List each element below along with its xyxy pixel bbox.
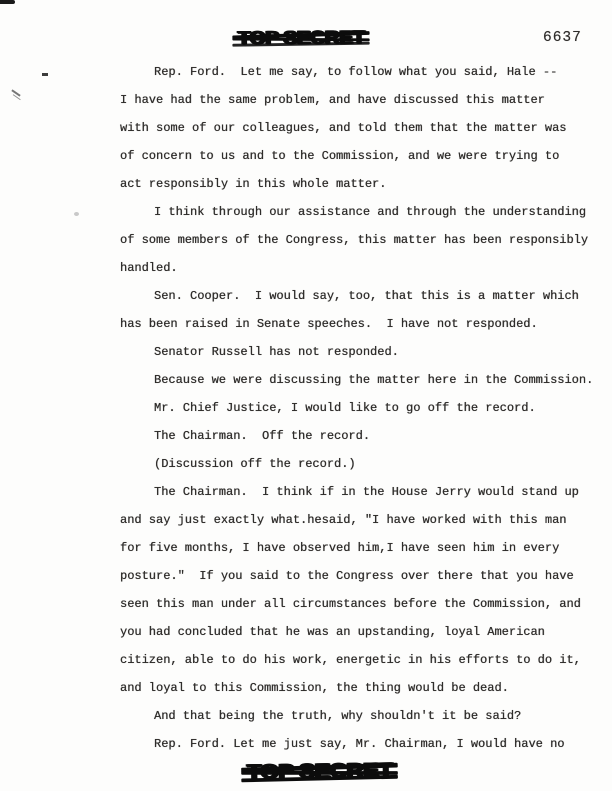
transcript-line: seen this man under all circumstances be…: [120, 590, 598, 618]
transcript-line: act responsibly in this whole matter.: [120, 170, 598, 198]
transcript-line: of concern to us and to the Commission, …: [120, 142, 598, 170]
strikethrough-line: [241, 771, 397, 775]
transcript-line: I have had the same problem, and have di…: [120, 86, 598, 114]
transcript-line: The Chairman. Off the record.: [120, 422, 598, 450]
transcript-line: and say just exactly what.hesaid, "I hav…: [120, 506, 598, 534]
transcript-line: Senator Russell has not responded.: [120, 338, 598, 366]
transcript-line: posture." If you said to the Congress ov…: [120, 562, 598, 590]
transcript-line: of some members of the Congress, this ma…: [120, 226, 598, 254]
transcript-line: citizen, able to do his work, energetic …: [120, 646, 598, 674]
transcript-line: has been raised in Senate speeches. I ha…: [120, 310, 598, 338]
scan-artifact-scribble: [11, 89, 20, 96]
transcript-line: handled.: [120, 254, 598, 282]
transcript-body: Rep. Ford. Let me say, to follow what yo…: [120, 58, 598, 758]
transcript-line: you had concluded that he was an upstand…: [120, 618, 598, 646]
transcript-line: The Chairman. I think if in the House Je…: [120, 478, 598, 506]
transcript-line: Rep. Ford. Let me say, to follow what yo…: [120, 58, 598, 86]
top-secret-stamp-top: TOP SECRET: [237, 27, 364, 50]
transcript-line: Because we were discussing the matter he…: [120, 366, 598, 394]
transcript-line: I think through our assistance and throu…: [120, 198, 598, 226]
transcript-line: Sen. Cooper. I would say, too, that this…: [120, 282, 598, 310]
transcript-line: (Discussion off the record.): [120, 450, 598, 478]
page-number: 6637: [543, 30, 582, 46]
transcript-line: and loyal to this Commission, the thing …: [120, 674, 598, 702]
transcript-line: And that being the truth, why shouldn't …: [120, 702, 598, 730]
transcript-line: for five months, I have observed him,I h…: [120, 534, 598, 562]
document-page: TOP SECRET 6637 Rep. Ford. Let me say, t…: [0, 0, 612, 791]
transcript-line: Rep. Ford. Let me just say, Mr. Chairman…: [120, 730, 598, 758]
scan-artifact-dash: [42, 73, 48, 76]
scan-artifact-speck: [74, 212, 79, 216]
scan-artifact-corner: [0, 0, 15, 4]
top-secret-stamp-bottom: TOP SECRET: [246, 758, 392, 785]
transcript-line: with some of our colleagues, and told th…: [120, 114, 598, 142]
transcript-line: Mr. Chief Justice, I would like to go of…: [120, 394, 598, 422]
